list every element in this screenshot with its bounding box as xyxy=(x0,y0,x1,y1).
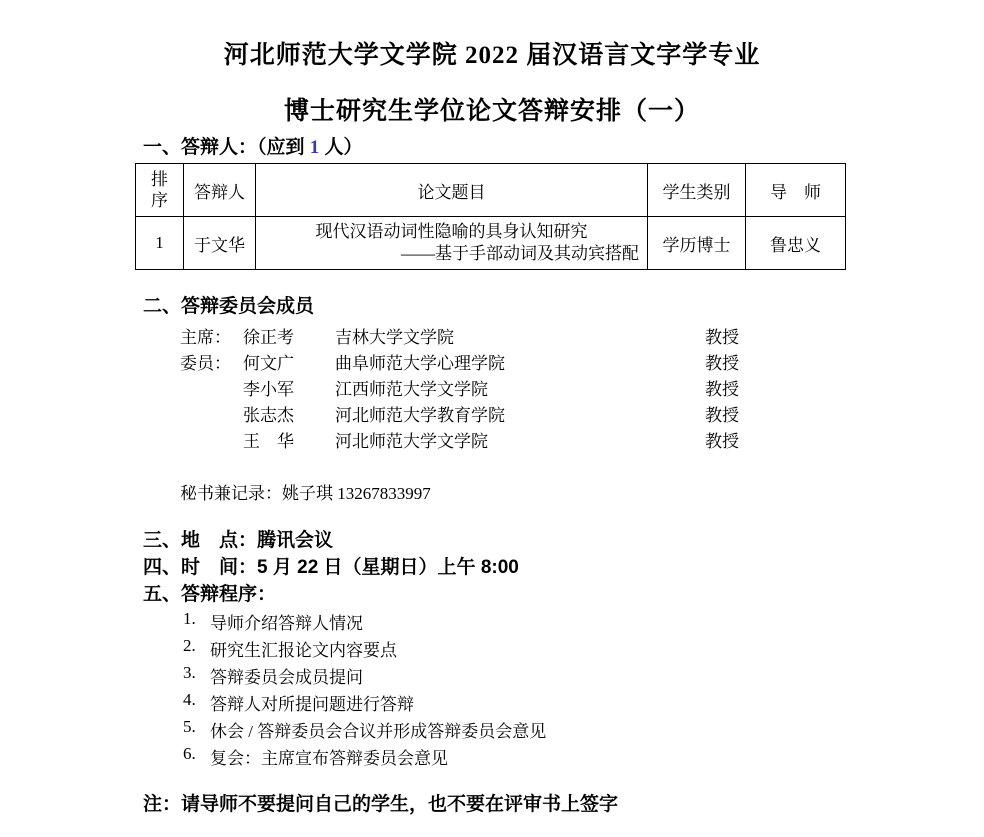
table-row: 1 于文华 现代汉语动词性隐喻的具身认知研究 ——基于手部动词及其动宾搭配 学历… xyxy=(136,217,846,270)
member-name: 张志杰 xyxy=(243,401,294,426)
cell-name: 于文华 xyxy=(184,217,256,270)
procedure-item-number: 2. xyxy=(183,636,196,656)
thesis-title-line1: 现代汉语动词性隐喻的具身认知研究 xyxy=(256,221,647,243)
procedure-item-number: 6. xyxy=(183,744,196,764)
member-role: 委员： xyxy=(180,349,231,374)
section-committee-heading: 二、答辩委员会成员 xyxy=(143,296,314,318)
defense-table: 排序 答辩人 论文题目 学生类别 导 师 1 于文华 现代汉语动词性隐喻的具身认… xyxy=(135,163,846,270)
committee-member-row: 张志杰 河北师范大学教育学院 教授 xyxy=(180,401,800,427)
member-title: 教授 xyxy=(705,401,739,426)
secretary-line: 秘书兼记录：姚子琪 13267833997 xyxy=(180,479,431,504)
section-attendee-heading: 一、答辩人：（应到 1 人） xyxy=(143,137,363,159)
member-name: 王 华 xyxy=(243,427,294,452)
section-time: 四、时 间：5 月 22 日（星期日）上午 8:00 xyxy=(143,557,519,579)
member-title: 教授 xyxy=(705,323,739,348)
col-header-student-type: 学生类别 xyxy=(648,164,746,217)
member-name: 徐正考 xyxy=(243,323,294,348)
document-page: 河北师范大学文学院 2022 届汉语言文字学专业 博士研究生学位论文答辩安排（一… xyxy=(0,0,984,837)
procedure-item-number: 5. xyxy=(183,717,196,737)
procedure-item-text: 复会：主席宣布答辩委员会意见 xyxy=(210,744,448,769)
procedure-item-number: 3. xyxy=(183,663,196,683)
member-title: 教授 xyxy=(705,349,739,374)
member-name: 何文广 xyxy=(243,349,294,374)
attendee-count: 1 xyxy=(310,137,320,158)
cell-thesis: 现代汉语动词性隐喻的具身认知研究 ——基于手部动词及其动宾搭配 xyxy=(256,217,648,270)
note-line: 注：请导师不要提问自己的学生，也不要在评审书上签字 xyxy=(143,789,618,816)
col-header-seq: 排序 xyxy=(136,164,184,217)
document-title-line1: 河北师范大学文学院 2022 届汉语言文字学专业 xyxy=(0,41,984,71)
procedure-item-number: 1. xyxy=(183,609,196,629)
committee-list: 主席： 徐正考 吉林大学文学院 教授 委员： 何文广 曲阜师范大学心理学院 教授… xyxy=(180,323,800,453)
procedure-item-text: 答辩人对所提问题进行答辩 xyxy=(210,690,414,715)
committee-member-row: 李小军 江西师范大学文学院 教授 xyxy=(180,375,800,401)
col-header-advisor: 导 师 xyxy=(746,164,846,217)
thesis-title-line2: ——基于手部动词及其动宾搭配 xyxy=(256,243,647,265)
member-title: 教授 xyxy=(705,375,739,400)
member-organization: 河北师范大学教育学院 xyxy=(335,401,505,426)
cell-advisor: 鲁忠义 xyxy=(746,217,846,270)
member-organization: 河北师范大学文学院 xyxy=(335,427,488,452)
member-name: 李小军 xyxy=(243,375,294,400)
document-title-line2: 博士研究生学位论文答辩安排（一） xyxy=(0,97,984,127)
col-header-seq-label: 排序 xyxy=(150,169,170,211)
procedure-item-text: 答辩委员会成员提问 xyxy=(210,663,363,688)
member-organization: 曲阜师范大学心理学院 xyxy=(335,349,505,374)
attendee-heading-suffix: 人） xyxy=(319,137,362,158)
procedure-item-number: 4. xyxy=(183,690,196,710)
section-procedure-heading: 五、答辩程序： xyxy=(143,584,276,606)
member-organization: 江西师范大学文学院 xyxy=(335,375,488,400)
attendee-heading-prefix: 一、答辩人：（应到 xyxy=(143,137,310,158)
cell-seq: 1 xyxy=(136,217,184,270)
procedure-item-text: 导师介绍答辩人情况 xyxy=(210,609,363,634)
committee-member-row: 委员： 何文广 曲阜师范大学心理学院 教授 xyxy=(180,349,800,375)
committee-member-row: 王 华 河北师范大学文学院 教授 xyxy=(180,427,800,453)
procedure-item-text: 研究生汇报论文内容要点 xyxy=(210,636,397,661)
member-organization: 吉林大学文学院 xyxy=(335,323,454,348)
section-location: 三、地 点：腾讯会议 xyxy=(143,530,333,552)
committee-member-row: 主席： 徐正考 吉林大学文学院 教授 xyxy=(180,323,800,349)
cell-student-type: 学历博士 xyxy=(648,217,746,270)
member-role: 主席： xyxy=(180,323,231,348)
col-header-thesis: 论文题目 xyxy=(256,164,648,217)
member-title: 教授 xyxy=(705,427,739,452)
col-header-name: 答辩人 xyxy=(184,164,256,217)
table-header-row: 排序 答辩人 论文题目 学生类别 导 师 xyxy=(136,164,846,217)
procedure-item-text: 休会 / 答辩委员会合议并形成答辩委员会意见 xyxy=(210,717,546,742)
